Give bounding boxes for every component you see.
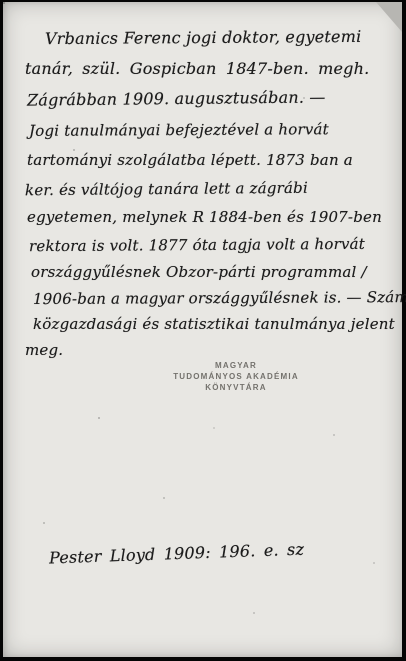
handwritten-line: meg. xyxy=(25,341,63,359)
handwritten-line: Zágrábban 1909. augusztusában. — xyxy=(27,87,326,109)
handwritten-line: ker. és váltójog tanára lett a zágrábi xyxy=(25,179,308,199)
handwritten-line: országgyűlésnek Obzor-párti programmal / xyxy=(31,263,367,281)
handwritten-line: 1906-ban a magyar országgyűlésnek is. — … xyxy=(33,288,406,308)
scan-corner-shadow xyxy=(376,2,402,32)
scanned-card: Vrbanics Ferenc jogi doktor, egyetemi ta… xyxy=(0,0,406,661)
handwritten-line: egyetemen, melynek R 1884-ben és 1907-be… xyxy=(27,208,382,226)
stamp-line-3: KÖNYVTÁRA xyxy=(173,382,299,393)
handwritten-line: közgazdasági és statisztikai tanulmánya … xyxy=(33,315,395,333)
stamp-line-2: TUDOMÁNYOS AKADÉMIA xyxy=(173,371,299,382)
handwritten-line: tanár, szül. Gospicban 1847-ben. megh. xyxy=(25,59,369,78)
library-stamp: MAGYAR TUDOMÁNYOS AKADÉMIA KÖNYVTÁRA xyxy=(173,360,299,393)
handwritten-line: tartományi szolgálatba lépett. 1873 ban … xyxy=(27,151,353,169)
paper-specks xyxy=(3,2,5,4)
stamp-line-1: MAGYAR xyxy=(173,360,299,371)
citation-line: Pester Lloyd 1909: 196. e. sz xyxy=(49,540,305,568)
handwritten-line: Jogi tanulmányai befejeztével a horvát xyxy=(29,120,329,140)
handwritten-line: rektora is volt. 1877 óta tagja volt a h… xyxy=(29,235,365,255)
card-paper: Vrbanics Ferenc jogi doktor, egyetemi ta… xyxy=(3,2,402,657)
handwritten-line: Vrbanics Ferenc jogi doktor, egyetemi xyxy=(45,27,361,48)
